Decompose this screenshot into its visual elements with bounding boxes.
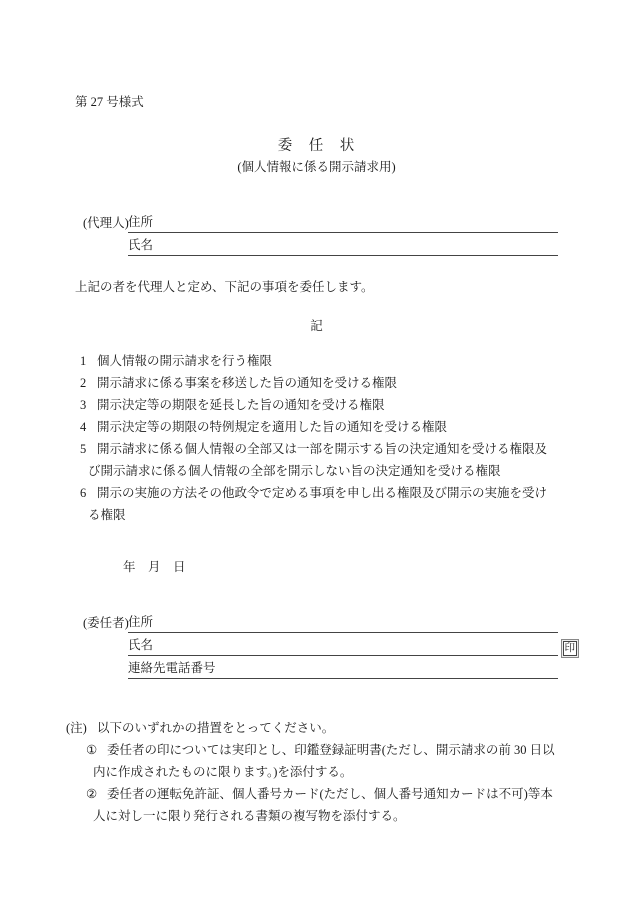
principal-phone-input[interactable] [216, 659, 558, 678]
page-subtitle: (個人情報に係る開示請求用) [75, 157, 558, 177]
agent-name-row: 氏名 [75, 233, 558, 256]
principal-address-label: 住所 [128, 613, 153, 632]
note-text: 委任者の印については実印とし、印鑑登録証明書(ただし、開示請求の前 30 日以内… [93, 743, 555, 779]
item-text: 開示請求に係る個人情報の全部又は一部を開示する旨の決定通知を受ける権限及び開示請… [88, 442, 547, 478]
list-heading: 記 [75, 315, 558, 337]
form-number: 第 27 号様式 [75, 92, 558, 112]
principal-section: (委任者) 住所 氏名 印 連絡先電話番号 [75, 610, 558, 679]
delegated-item: 2開示請求に係る事案を移送した旨の通知を受ける権限 [75, 372, 558, 394]
item-number: 1 [80, 350, 97, 372]
item-text: 開示の実施の方法その他政令で定める事項を申し出る権限及び開示の実施を受ける権限 [88, 486, 547, 522]
principal-name-row: 氏名 印 [75, 633, 558, 656]
item-text: 開示決定等の期限を延長した旨の通知を受ける権限 [97, 398, 385, 412]
agent-address-input[interactable] [153, 213, 558, 232]
note-text: 委任者の運転免許証、個人番号カード(ただし、個人番号通知カードは不可)等本人に対… [93, 787, 553, 823]
delegated-item: 6開示の実施の方法その他政令で定める事項を申し出る権限及び開示の実施を受ける権限 [75, 482, 558, 526]
item-number: 4 [80, 416, 97, 438]
agent-role-label: (代理人) [83, 214, 128, 233]
seal-box: 印 [561, 639, 580, 658]
notes-section: (注)以下のいずれかの措置をとってください。 ①委任者の印については実印とし、印… [66, 717, 558, 827]
document-content: 第 27 号様式 委 任 状 (個人情報に係る開示請求用) (代理人) 住所 氏… [0, 0, 630, 827]
item-number: 6 [80, 482, 97, 504]
note-item: ②委任者の運転免許証、個人番号カード(ただし、個人番号通知カードは不可)等本人に… [66, 783, 558, 827]
delegated-item: 1個人情報の開示請求を行う権限 [75, 350, 558, 372]
notes-intro-row: (注)以下のいずれかの措置をとってください。 [66, 717, 558, 739]
page-title: 委 任 状 [75, 136, 558, 156]
principal-address-input[interactable] [153, 613, 558, 632]
agent-name-line: 氏名 [128, 236, 558, 256]
principal-role-label: (委任者) [83, 614, 128, 633]
agent-name-input[interactable] [153, 236, 558, 255]
item-text: 個人情報の開示請求を行う権限 [97, 354, 272, 368]
principal-name-line: 氏名 印 [128, 636, 558, 656]
notes-label: (注) [66, 717, 97, 739]
agent-address-line: 住所 [128, 213, 558, 233]
principal-phone-row: 連絡先電話番号 [75, 656, 558, 679]
agent-address-label: 住所 [128, 213, 153, 232]
delegated-item: 4開示決定等の期限の特例規定を適用した旨の通知を受ける権限 [75, 416, 558, 438]
delegated-items-list: 1個人情報の開示請求を行う権限 2開示請求に係る事案を移送した旨の通知を受ける権… [75, 350, 558, 526]
item-number: 3 [80, 394, 97, 416]
principal-name-label: 氏名 [128, 636, 153, 655]
date-line[interactable]: 年 月 日 [123, 556, 558, 578]
delegated-item: 5開示請求に係る個人情報の全部又は一部を開示する旨の決定通知を受ける権限及び開示… [75, 438, 558, 482]
item-text: 開示決定等の期限の特例規定を適用した旨の通知を受ける権限 [97, 420, 447, 434]
agent-section: (代理人) 住所 氏名 [75, 210, 558, 256]
document-page: 第 27 号様式 委 任 状 (個人情報に係る開示請求用) (代理人) 住所 氏… [0, 0, 630, 903]
note-marker: ② [86, 783, 107, 805]
delegated-item: 3開示決定等の期限を延長した旨の通知を受ける権限 [75, 394, 558, 416]
principal-phone-line: 連絡先電話番号 [128, 659, 558, 679]
seal-mark: 印 [563, 641, 578, 656]
agent-address-row: (代理人) 住所 [75, 210, 558, 233]
delegation-statement: 上記の者を代理人と定め、下記の事項を委任します。 [75, 276, 558, 298]
principal-name-input[interactable] [153, 636, 558, 655]
note-marker: ① [86, 739, 107, 761]
note-item: ①委任者の印については実印とし、印鑑登録証明書(ただし、開示請求の前 30 日以… [66, 739, 558, 783]
item-text: 開示請求に係る事案を移送した旨の通知を受ける権限 [97, 376, 397, 390]
principal-address-row: (委任者) 住所 [75, 610, 558, 633]
item-number: 5 [80, 438, 97, 460]
agent-name-label: 氏名 [128, 236, 153, 255]
item-number: 2 [80, 372, 97, 394]
principal-address-line: 住所 [128, 613, 558, 633]
principal-phone-label: 連絡先電話番号 [128, 659, 216, 678]
notes-intro: 以下のいずれかの措置をとってください。 [97, 721, 334, 735]
